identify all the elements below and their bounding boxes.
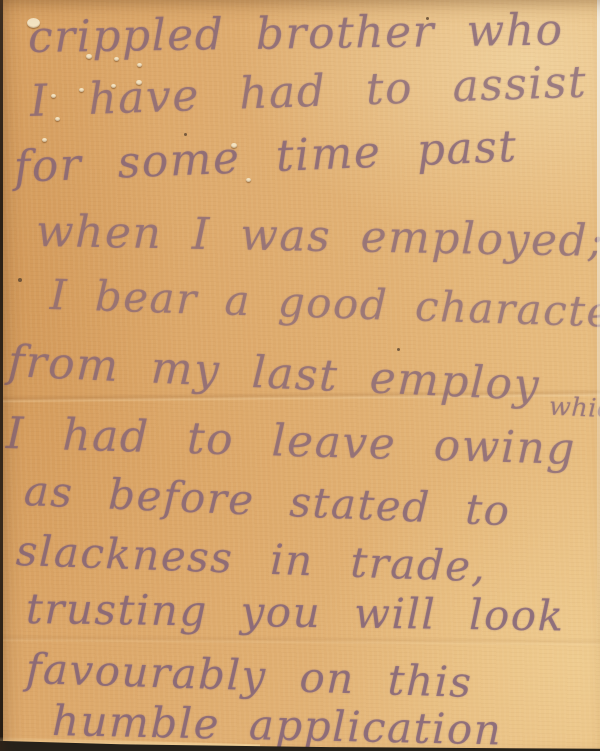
handwritten-line-5: I bear a good character <box>49 270 600 337</box>
handwritten-line-8: as before stated to <box>23 466 512 535</box>
handwritten-text: I bear a good character <box>49 270 600 337</box>
handwritten-text: for some time past <box>13 121 518 193</box>
handwritten-text: when I was employed; <box>36 206 600 267</box>
handwritten-line-7: I had to leave owing <box>5 408 576 475</box>
handwritten-line-4: when I was employed; <box>36 206 600 267</box>
paper-dark-speck <box>397 348 400 351</box>
handwritten-text: crippled brother who <box>28 5 564 63</box>
handwritten-line-9: slackness in trade, <box>15 526 487 591</box>
handwritten-text: I have had to assist <box>29 57 588 127</box>
handwritten-text: slackness in trade, <box>15 526 487 591</box>
paper-dark-speck <box>18 278 22 282</box>
handwritten-line-6: from my last employwhich <box>7 336 600 415</box>
scan-edge-left <box>0 0 3 751</box>
paper-hole-speck <box>137 63 142 67</box>
handwritten-text: trusting you will look <box>26 584 565 641</box>
handwritten-text-small: which <box>548 392 600 426</box>
handwritten-line-10: trusting you will look <box>26 584 565 641</box>
handwritten-line-1: crippled brother who <box>28 5 564 63</box>
handwritten-line-3: for some time past <box>13 121 518 193</box>
handwritten-text: I had to leave owing <box>5 408 576 475</box>
handwritten-line-2: I have had to assist <box>29 57 588 127</box>
letter-scan-page: crippled brother who I have had to assis… <box>0 0 600 751</box>
handwritten-text: as before stated to <box>23 466 512 535</box>
